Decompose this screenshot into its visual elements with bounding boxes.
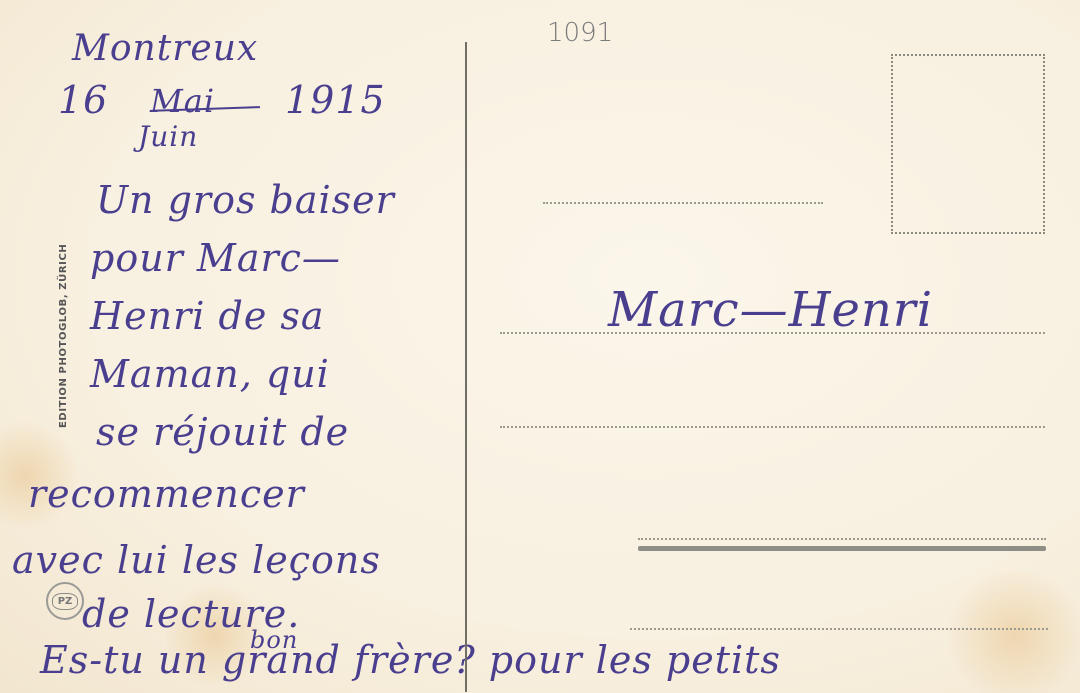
address-recipient: Marc—Henri [608, 282, 933, 338]
address-line [630, 628, 1048, 630]
archive-number: 1091 [547, 18, 613, 48]
center-divider [465, 42, 467, 692]
address-line [543, 202, 823, 204]
age-stain [940, 570, 1080, 693]
message-closing-line: Es-tu un grand frère? pour les petits [40, 638, 781, 682]
publisher-logo-text: PZ [52, 593, 78, 610]
publisher-logo: PZ [46, 582, 84, 620]
address-line [500, 332, 1045, 334]
address-line [638, 538, 1046, 540]
message-line: Un gros baiser [96, 178, 395, 222]
message-line: Henri de sa [90, 294, 325, 338]
message-date-year: 1915 [285, 78, 386, 122]
address-underline [638, 546, 1046, 551]
address-line [500, 426, 1045, 428]
message-place: Montreux [72, 28, 258, 69]
message-line: recommencer [28, 472, 305, 516]
message-line: Maman, qui [90, 352, 330, 396]
message-line: avec lui les leçons [12, 538, 381, 582]
message-date-day: 16 [58, 78, 108, 122]
message-line: pour Marc— [90, 236, 341, 280]
message-line: se réjouit de [96, 410, 349, 454]
message-date-month-correction: Juin [138, 120, 198, 153]
message-date-month-struck: Mai [150, 82, 215, 120]
publisher-imprint: EDITION PHOTOGLOB, ZÜRICH [58, 244, 69, 428]
postcard-back: 1091 Montreux 16 Mai 1915 Juin Un gros b… [0, 0, 1080, 693]
stamp-placeholder [891, 54, 1045, 234]
